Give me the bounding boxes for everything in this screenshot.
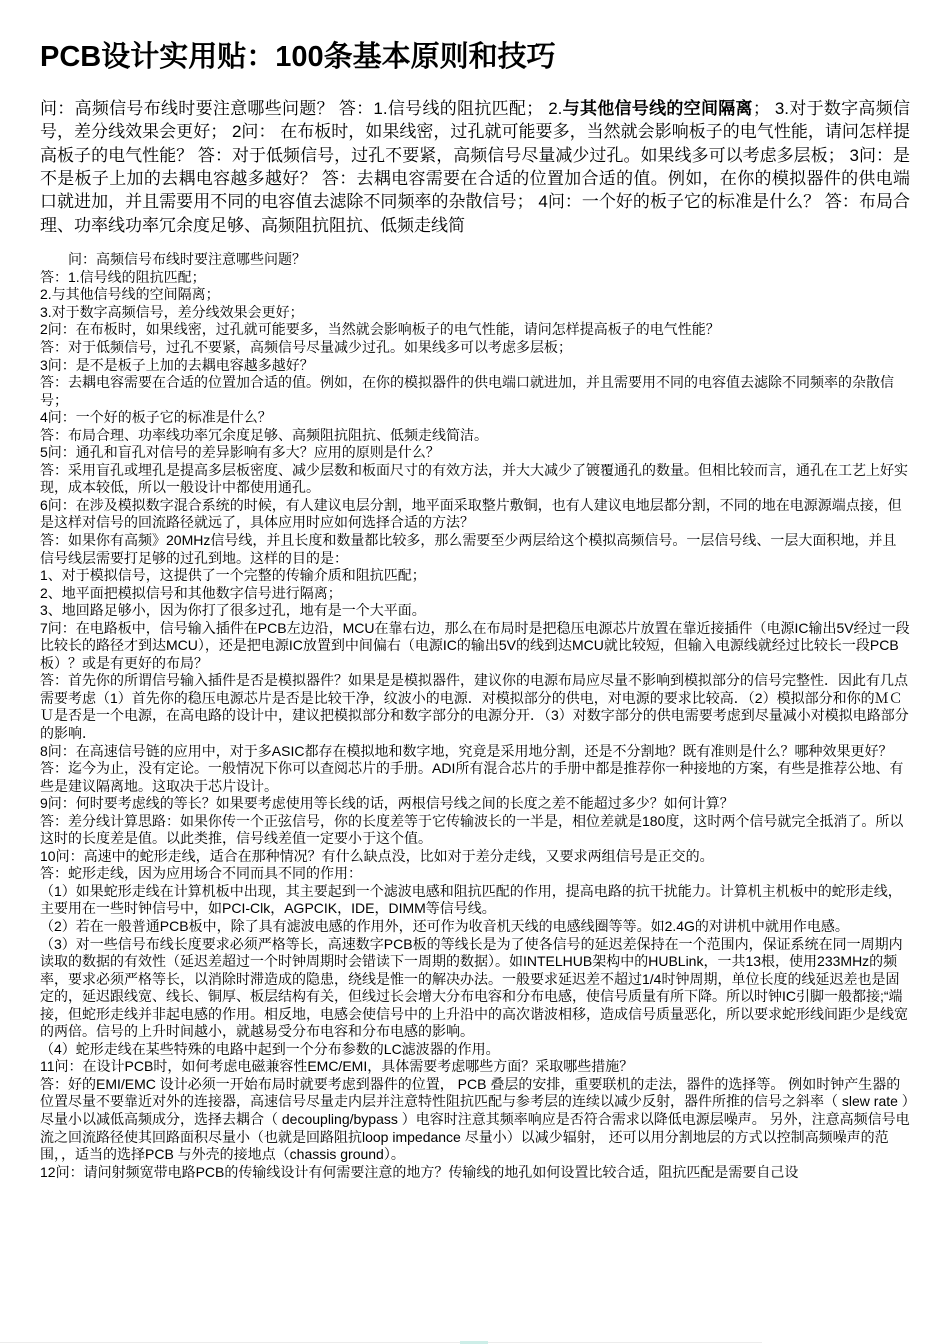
qa-line: 8问：在高速信号链的应用中，对于多ASIC都存在模拟地和数字地，究竟是采用地分割… xyxy=(40,743,910,761)
qa-line: 答：差分线计算思路：如果你传一个正弦信号，你的长度差等于它传输波长的一半是，相位… xyxy=(40,813,910,848)
qa-line: 12问：请问射频宽带电路PCB的传输线设计有何需要注意的地方？传输线的地孔如何设… xyxy=(40,1164,910,1182)
intro-text-segment: ； 3.对于数字高频信号，差分线效果会更好； 2问： 在布板时，如果线密，过孔就… xyxy=(40,99,910,235)
intro-paragraph: 问：高频信号布线时要注意哪些问题？ 答：1.信号线的阻抗匹配； 2.与其他信号线… xyxy=(40,97,910,237)
qa-line: 11问：在设计PCB时，如何考虑电磁兼容性EMC/EMI，具体需要考虑哪些方面？… xyxy=(40,1058,910,1076)
intro-text-segment: 问：高频信号布线时要注意哪些问题？ 答：1.信号线的阻抗匹配； 2. xyxy=(40,99,562,118)
qa-line: 答：蛇形走线，因为应用场合不同而具不同的作用： xyxy=(40,865,910,883)
qa-line: 4问：一个好的板子它的标准是什么？ xyxy=(40,409,910,427)
qa-line: 2问：在布板时，如果线密，过孔就可能要多，当然就会影响板子的电气性能，请问怎样提… xyxy=(40,321,910,339)
qa-line: 10问：高速中的蛇形走线，适合在那种情况？有什么缺点没，比如对于差分走线，又要求… xyxy=(40,848,910,866)
qa-line: 答：采用盲孔或埋孔是提高多层板密度、减少层数和板面尺寸的有效方法，并大大减少了镀… xyxy=(40,462,910,497)
qa-line: 6问：在涉及模拟数字混合系统的时候，有人建议电层分割，地平面采取整片敷铜，也有人… xyxy=(40,497,910,532)
qa-line: 2、地平面把模拟信号和其他数字信号进行隔离； xyxy=(40,585,910,603)
page-title: PCB设计实用贴：100条基本原则和技巧 xyxy=(40,40,910,75)
qa-line: 5问：通孔和盲孔对信号的差异影响有多大？应用的原则是什么？ xyxy=(40,444,910,462)
qa-line: 答：如果你有高频》20MHz信号线，并且长度和数量都比较多，那么需要至少两层给这… xyxy=(40,532,910,567)
qa-line: 1、对于模拟信号，这提供了一个完整的传输介质和阻抗匹配； xyxy=(40,567,910,585)
qa-line: （1）如果蛇形走线在计算机板中出现，其主要起到一个滤波电感和阻抗匹配的作用，提高… xyxy=(40,883,910,918)
qa-line: 答：对于低频信号，过孔不要紧，高频信号尽量减少过孔。如果线多可以考虑多层板； xyxy=(40,339,910,357)
qa-line: 答：布局合理、功率线功率冗余度足够、高频阻抗阻抗、低频走线简洁。 xyxy=(40,427,910,445)
bottom-divider xyxy=(0,1342,762,1343)
qa-line: 答：1.信号线的阻抗匹配； xyxy=(40,269,910,287)
qa-line: 9问：何时要考虑线的等长？如果要考虑使用等长线的话，两根信号线之间的长度之差不能… xyxy=(40,795,910,813)
qa-line: 答：迄今为止，没有定论。一般情况下你可以查阅芯片的手册。ADI所有混合芯片的手册… xyxy=(40,760,910,795)
qa-line: 问：高频信号布线时要注意哪些问题？ xyxy=(40,251,910,269)
qa-line: （3）对一些信号布线长度要求必须严格等长，高速数字PCB板的等线长是为了使各信号… xyxy=(40,936,910,1041)
qa-line: 2.与其他信号线的空间隔离； xyxy=(40,286,910,304)
qa-line: 答：好的EMI/EMC 设计必须一开始布局时就要考虑到器件的位置， PCB 叠层… xyxy=(40,1076,910,1164)
document-page: PCB设计实用贴：100条基本原则和技巧 问：高频信号布线时要注意哪些问题？ 答… xyxy=(0,0,950,1344)
intro-bold-segment: 与其他信号线的空间隔离 xyxy=(562,99,752,118)
qa-line: 7问：在电路板中，信号输入插件在PCB左边沿，MCU在靠右边，那么在布局时是把稳… xyxy=(40,620,910,673)
qa-line: （4）蛇形走线在某些特殊的电路中起到一个分布参数的LC滤波器的作用。 xyxy=(40,1041,910,1059)
qa-content: 问：高频信号布线时要注意哪些问题？答：1.信号线的阻抗匹配；2.与其他信号线的空… xyxy=(40,251,910,1181)
qa-line: （2）若在一般普通PCB板中，除了具有滤波电感的作用外，还可作为收音机天线的电感… xyxy=(40,918,910,936)
qa-line: 答：去耦电容需要在合适的位置加合适的值。例如，在你的模拟器件的供电端口就进加，并… xyxy=(40,374,910,409)
qa-line: 3、地回路足够小，因为你打了很多过孔，地有是一个大平面。 xyxy=(40,602,910,620)
qa-line: 3问：是不是板子上加的去耦电容越多越好？ xyxy=(40,357,910,375)
qa-line: 答：首先你的所谓信号输入插件是否是模拟器件？如果是是模拟器件，建议你的电源布局应… xyxy=(40,672,910,742)
qa-line: 3.对于数字高频信号，差分线效果会更好； xyxy=(40,304,910,322)
